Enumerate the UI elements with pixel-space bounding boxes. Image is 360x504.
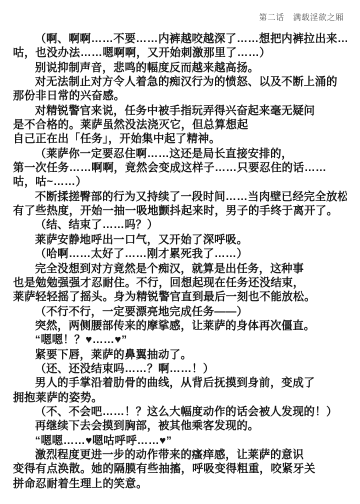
page-body: （啊、啊啊……不要……内裤越咬越深了……想把内裤拉出来…咕，也没办法……嗯啊啊，… bbox=[13, 32, 347, 491]
text-line: 自己正在出「任务」，开始集中起了精神。 bbox=[13, 132, 347, 146]
text-line: （还、还没结束吗……？啊……！） bbox=[13, 362, 347, 376]
text-line: 莱萨轻轻摇了摇头。身为精锐警官直到最后一刻也不能放松。 bbox=[13, 290, 347, 304]
text-line: “嗯嗯！？♥……♥” bbox=[13, 333, 347, 347]
text-line: 拼命忍耐着生理上的笑意。 bbox=[13, 477, 347, 491]
text-line: 有了些热度，开始一抽一吸地颤抖起来时，男子的手终于离开了。 bbox=[13, 204, 347, 218]
chapter-title: 第二话 满载淫欲之厢 bbox=[259, 13, 344, 22]
text-line: 第一次任务……啊啊，竟然会变成这样子……只要忍住的话…… bbox=[13, 161, 347, 175]
text-line: （结、结束了……吗？） bbox=[13, 218, 347, 232]
text-line: 男人的手掌沿着肋骨的曲线，从背后抚摸到身前，变成了 bbox=[13, 376, 347, 390]
text-line: 紧要下唇，莱萨的鼻翼抽动了。 bbox=[13, 348, 347, 362]
text-line: 对精锐警官来说，任务中被手指玩弄得兴奋起来毫无疑问 bbox=[13, 104, 347, 118]
text-line: 别说抑制声音，悲鸣的幅度反而越来越高扬。 bbox=[13, 61, 347, 75]
page-header: 第二话 满载淫欲之厢 bbox=[13, 13, 347, 23]
reader-page[interactable]: 第二话 满载淫欲之厢 （啊、啊啊……不要……内裤越咬越深了……想把内裤拉出来…咕… bbox=[0, 0, 360, 504]
text-line: （不、不会吧……！？这么大幅度动作的话会被人发现的！） bbox=[13, 405, 347, 419]
text-line: 再继续下去会摸到胸部，被其他乘客发现的。 bbox=[13, 419, 347, 433]
text-line: “嗯嗯……♥嗯咕呼呼……♥” bbox=[13, 434, 347, 448]
text-line: 咕，也没办法……嗯啊啊，又开始刺激那里了……） bbox=[13, 46, 347, 60]
text-line: 是不合格的。莱萨虽然没法浇灭它，但总算想起 bbox=[13, 118, 347, 132]
text-line: 完全没想到对方竟然是个痴汉，就算是出任务，这种事 bbox=[13, 262, 347, 276]
text-line: 莱萨安静地呼出一口气，又开始了深呼吸。 bbox=[13, 233, 347, 247]
text-line: 激烈程度更进一步的动作带来的瘙痒感，让莱萨的意识 bbox=[13, 448, 347, 462]
text-line: 突然，两侧腰部传来的摩挲感，让莱萨的身体再次僵直。 bbox=[13, 319, 347, 333]
text-line: 也是勉勉强强才忍耐住。不行，回想起现在任务还没结束， bbox=[13, 276, 347, 290]
text-line: （哈啊……太好了……刚才累死我了……） bbox=[13, 247, 347, 261]
text-line: 变得有点涣散。她的隔膜有些抽搐，呼吸变得粗重，咬紧牙关 bbox=[13, 462, 347, 476]
text-line: （不行不行，一定要漂亮地完成任务——） bbox=[13, 305, 347, 319]
text-line: 不断揉搓臀部的行为又持续了一段时间……当肉壁已经完全放松， bbox=[13, 190, 347, 204]
text-line: 拥抱莱萨的姿势。 bbox=[13, 391, 347, 405]
text-line: 对无法制止对方令人着急的痴汉行为的愤怒、以及不断上涌的 bbox=[13, 75, 347, 89]
text-line: 那份非日常的兴奋感。 bbox=[13, 89, 347, 103]
text-line: （啊、啊啊……不要……内裤越咬越深了……想把内裤拉出来… bbox=[13, 32, 347, 46]
text-line: 咕，咕~……） bbox=[13, 175, 347, 189]
text-line: （莱萨你一定要忍住啊……这还是局长直接安排的， bbox=[13, 147, 347, 161]
